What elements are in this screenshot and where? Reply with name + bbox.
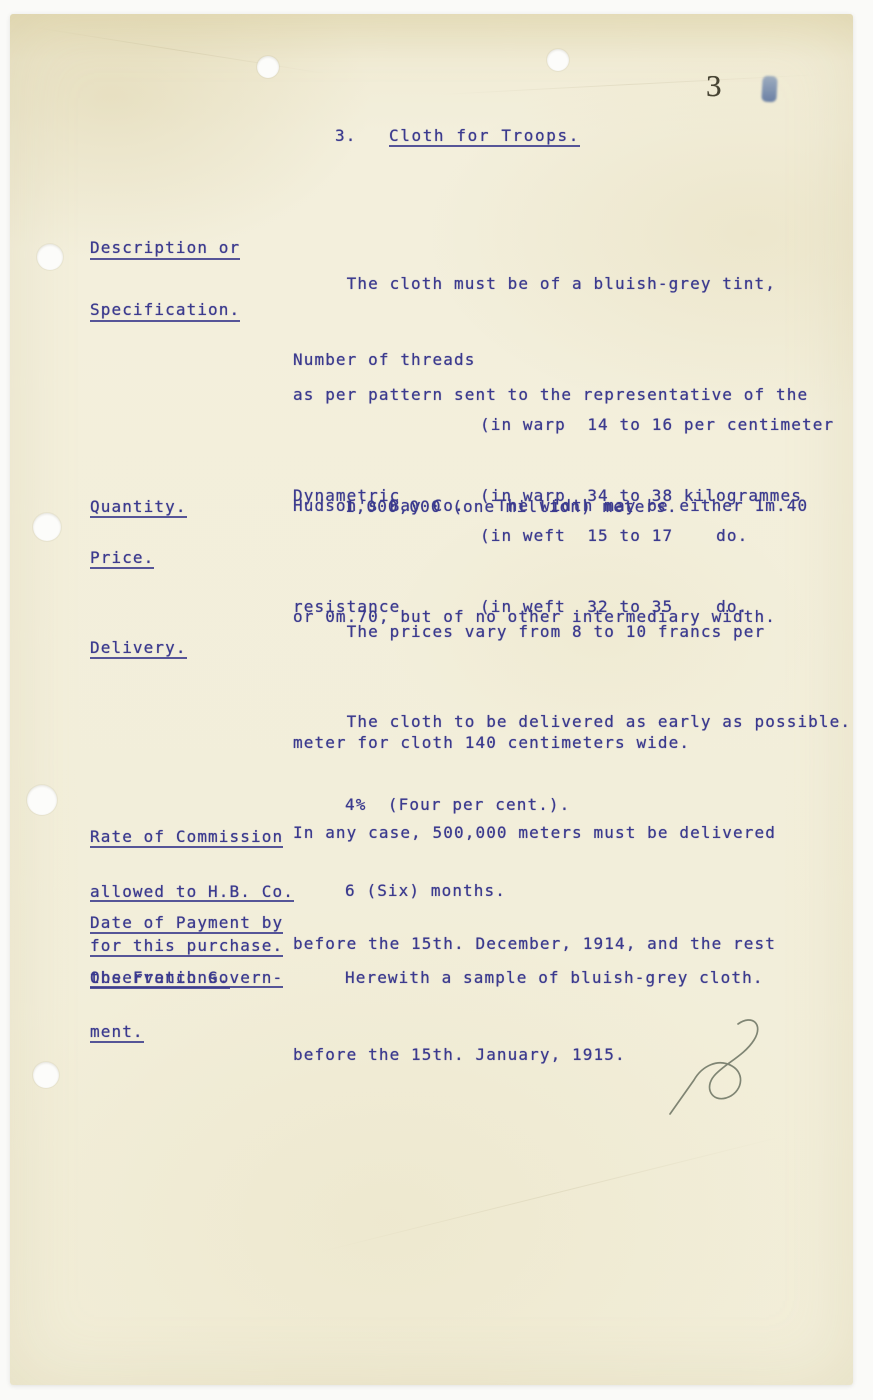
- scanned-document: 3 3. Cloth for Troops. Description or Sp…: [0, 0, 873, 1400]
- label-line: Specification.: [90, 300, 240, 322]
- observations-label: Observations.: [90, 968, 230, 989]
- page-number: 3: [706, 68, 722, 104]
- punch-hole: [27, 785, 57, 815]
- document-page: 3 3. Cloth for Troops. Description or Sp…: [10, 14, 853, 1385]
- punch-hole: [37, 244, 63, 270]
- label-line: Rate of Commission: [90, 828, 283, 848]
- label-line-wrap: Specification.: [90, 300, 240, 322]
- label-line: ment.: [90, 1023, 144, 1043]
- punch-hole: [547, 49, 569, 71]
- label-line: Date of Payment by: [90, 914, 283, 934]
- delivery-label: Delivery.: [90, 638, 187, 659]
- payment-value: 6 (Six) months.: [345, 881, 506, 900]
- price-label: Price.: [90, 548, 154, 569]
- label-line-wrap: Rate of Commission: [90, 828, 294, 848]
- observations-value: Herewith a sample of bluish-grey cloth.: [345, 968, 764, 987]
- title-number: 3.: [335, 126, 356, 145]
- body-line: In any case, 500,000 meters must be deli…: [293, 814, 851, 851]
- description-label: Description or Specification.: [90, 198, 240, 362]
- label-line: Description or: [90, 238, 240, 260]
- body-line: before the 15th. December, 1914, and the…: [293, 925, 851, 962]
- label-line-wrap: Description or: [90, 238, 240, 260]
- quantity-value: 1,000,000 (one million) meters.: [345, 497, 678, 516]
- quantity-label: Quantity.: [90, 497, 187, 518]
- paper-crease: [32, 27, 328, 75]
- body-line: The cloth to be delivered as early as po…: [293, 703, 851, 740]
- punch-hole: [257, 56, 279, 78]
- pencil-stroke: [670, 1020, 758, 1114]
- pencil-flourish-8-icon: [640, 1008, 820, 1128]
- label-line-wrap: ment.: [90, 1023, 283, 1043]
- label-line-wrap: Date of Payment by: [90, 914, 283, 934]
- paper-crease: [317, 1136, 783, 1253]
- punch-hole: [33, 1062, 59, 1088]
- ink-smudge: [761, 76, 777, 103]
- punch-hole: [33, 513, 61, 541]
- body-line: The cloth must be of a bluish-grey tint,: [293, 265, 808, 302]
- threads-label: Number of threads: [293, 350, 475, 369]
- commission-value: 4% (Four per cent.).: [345, 795, 570, 814]
- title-text: Cloth for Troops.: [389, 126, 580, 147]
